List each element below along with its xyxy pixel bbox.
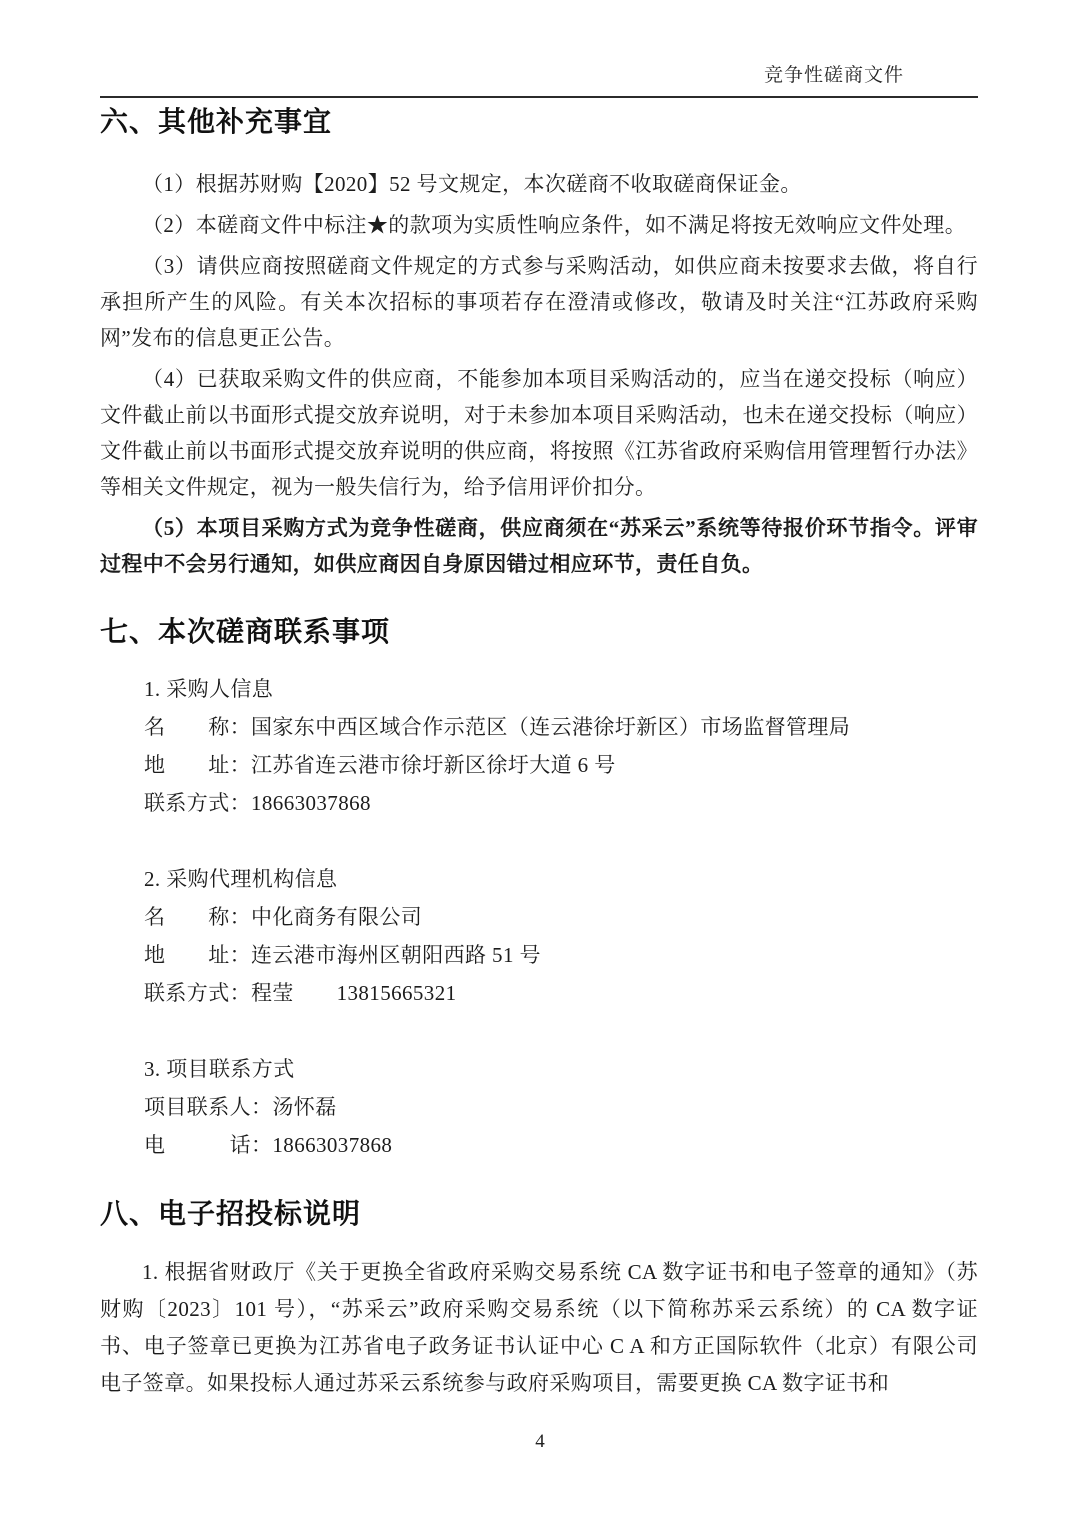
agency-name-row: 名 称：中化商务有限公司 <box>100 898 978 936</box>
section-6-paragraph-4: （4）已获取采购文件的供应商，不能参加本项目采购活动的，应当在递交投标（响应）文… <box>100 361 978 505</box>
section-6-paragraph-5: （5）本项目采购方式为竞争性磋商，供应商须在“苏采云”系统等待报价环节指令。评审… <box>100 510 978 582</box>
field-label: 地 址： <box>144 753 251 777</box>
project-contact-heading: 3. 项目联系方式 <box>100 1050 978 1088</box>
field-label: 名 称： <box>144 905 251 929</box>
field-value: 中化商务有限公司 <box>251 905 422 929</box>
field-value: 程莹 13815665321 <box>251 981 457 1005</box>
project-contact-block: 3. 项目联系方式 项目联系人：汤怀磊 电 话：18663037868 <box>100 1050 978 1164</box>
field-label: 联系方式： <box>144 981 251 1005</box>
section-6-paragraph-3: （3）请供应商按照磋商文件规定的方式参与采购活动，如供应商未按要求去做，将自行承… <box>100 248 978 356</box>
agency-address-row: 地 址：连云港市海州区朝阳西路 51 号 <box>100 936 978 974</box>
field-value: 18663037868 <box>251 791 371 815</box>
field-label: 项目联系人： <box>144 1095 272 1119</box>
agency-heading: 2. 采购代理机构信息 <box>100 860 978 898</box>
running-header: 竞争性磋商文件 <box>100 0 978 98</box>
page-content: 六、其他补充事宜 （1）根据苏财购【2020】52 号文规定，本次磋商不收取磋商… <box>100 102 978 1402</box>
field-label: 地 址： <box>144 943 251 967</box>
field-value: 18663037868 <box>272 1133 392 1157</box>
section-8-title: 八、电子招投标说明 <box>100 1194 978 1234</box>
project-phone-row: 电 话：18663037868 <box>100 1126 978 1164</box>
field-label: 名 称： <box>144 715 251 739</box>
purchaser-info-block: 1. 采购人信息 名 称：国家东中西区域合作示范区（连云港徐圩新区）市场监督管理… <box>100 670 978 822</box>
section-6-paragraph-2: （2）本磋商文件中标注★的款项为实质性响应条件，如不满足将按无效响应文件处理。 <box>100 207 978 243</box>
field-value: 江苏省连云港市徐圩新区徐圩大道 6 号 <box>251 753 616 777</box>
section-6-paragraph-1: （1）根据苏财购【2020】52 号文规定，本次磋商不收取磋商保证金。 <box>100 166 978 202</box>
section-6-title: 六、其他补充事宜 <box>100 102 978 142</box>
purchaser-contact-row: 联系方式：18663037868 <box>100 784 978 822</box>
purchaser-address-row: 地 址：江苏省连云港市徐圩新区徐圩大道 6 号 <box>100 746 978 784</box>
document-page: 竞争性磋商文件 六、其他补充事宜 （1）根据苏财购【2020】52 号文规定，本… <box>0 0 1080 1527</box>
section-7-title: 七、本次磋商联系事项 <box>100 612 978 652</box>
agency-contact-row: 联系方式：程莹 13815665321 <box>100 974 978 1012</box>
agency-info-block: 2. 采购代理机构信息 名 称：中化商务有限公司 地 址：连云港市海州区朝阳西路… <box>100 860 978 1012</box>
field-value: 国家东中西区域合作示范区（连云港徐圩新区）市场监督管理局 <box>251 715 850 739</box>
field-value: 连云港市海州区朝阳西路 51 号 <box>251 943 541 967</box>
field-label: 电 话： <box>144 1133 272 1157</box>
purchaser-heading: 1. 采购人信息 <box>100 670 978 708</box>
page-number: 4 <box>0 1430 1080 1454</box>
field-value: 汤怀磊 <box>272 1095 336 1119</box>
doc-type-label: 竞争性磋商文件 <box>100 64 978 96</box>
purchaser-name-row: 名 称：国家东中西区域合作示范区（连云港徐圩新区）市场监督管理局 <box>100 708 978 746</box>
project-contact-person-row: 项目联系人：汤怀磊 <box>100 1088 978 1126</box>
field-label: 联系方式： <box>144 791 251 815</box>
section-8-paragraph-1: 1. 根据省财政厅《关于更换全省政府采购交易系统 CA 数字证书和电子签章的通知… <box>100 1254 978 1402</box>
